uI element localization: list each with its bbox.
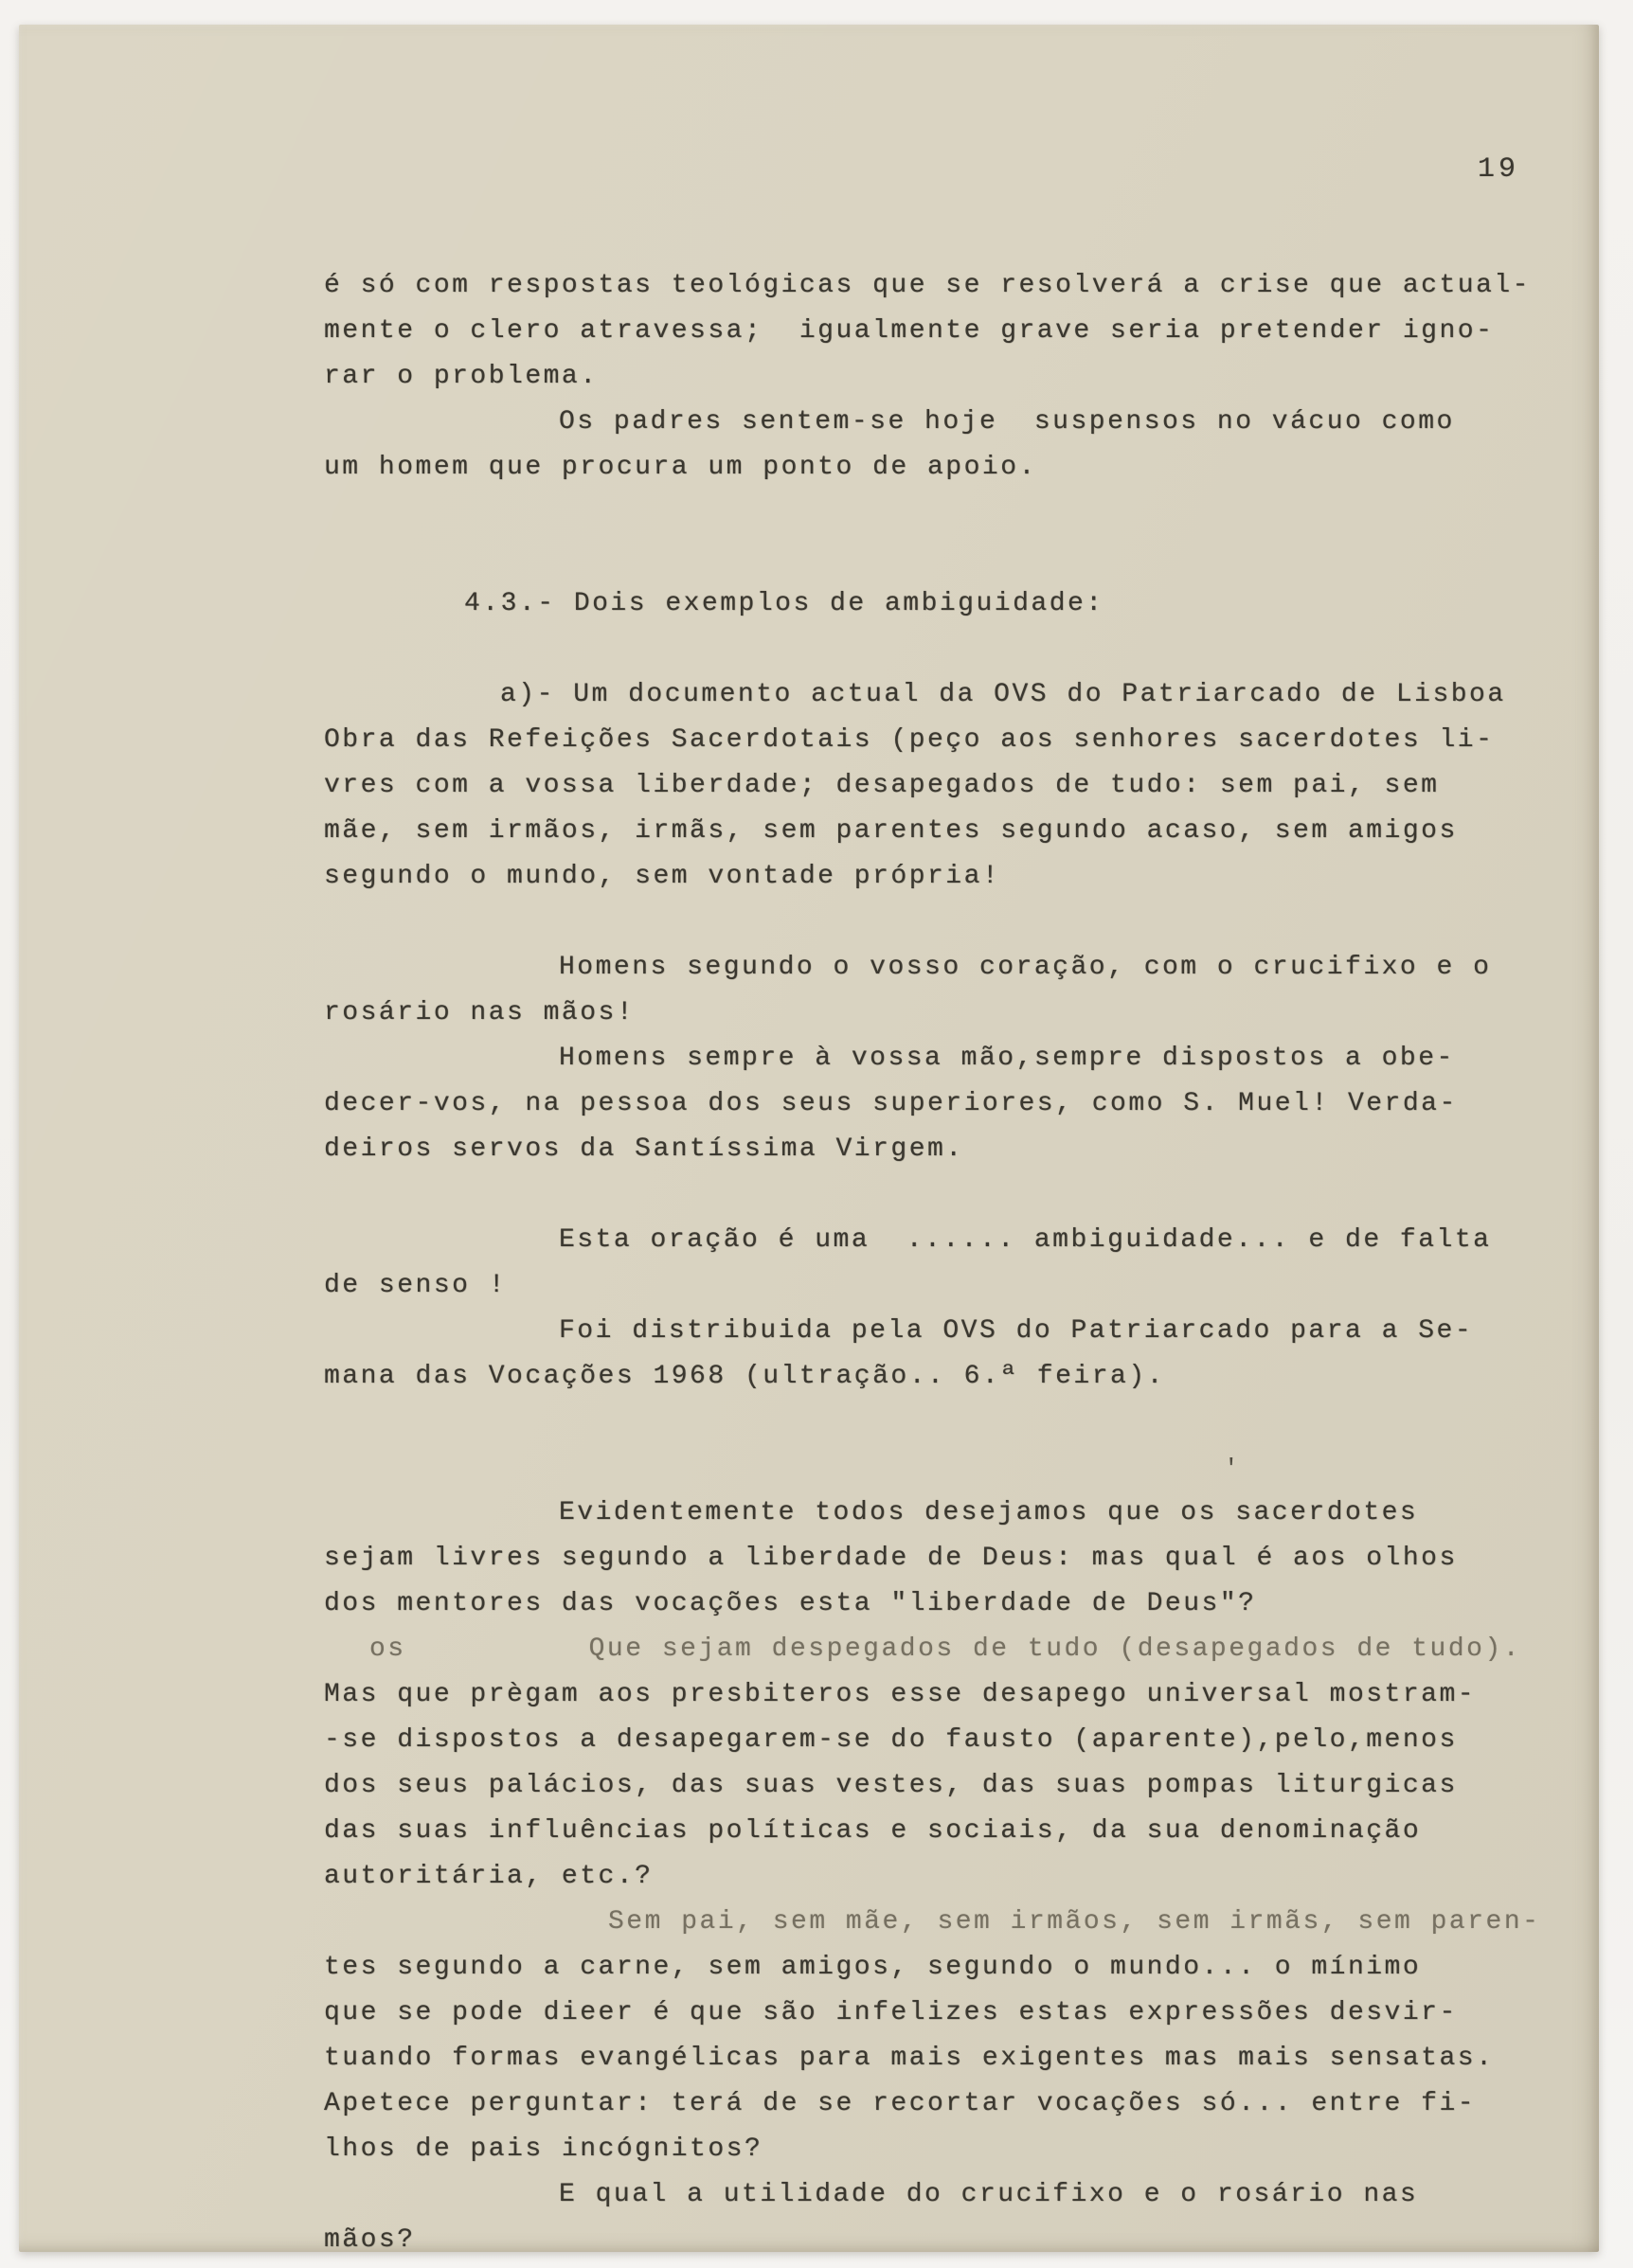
text-line: autoritária, etc.?	[324, 1854, 1584, 1900]
text-line: os Que sejam despegados de tudo (desapeg…	[369, 1627, 1584, 1672]
text-line: sejam livres segundo a liberdade de Deus…	[324, 1536, 1584, 1581]
text-line: Evidentemente todos desejamos que os sac…	[559, 1491, 1584, 1536]
text-line: segundo o mundo, sem vontade própria!	[324, 854, 1584, 900]
text-line: -se dispostos a desapegarem-se do fausto…	[324, 1718, 1584, 1763]
text-line: a)- Um documento actual da OVS do Patria…	[500, 672, 1584, 718]
text-line: de senso !	[324, 1263, 1584, 1309]
text-line: mãe, sem irmãos, irmãs, sem parentes seg…	[324, 809, 1584, 854]
text-line: um homem que procura um ponto de apoio.	[324, 445, 1584, 491]
text-line: 4.3.- Dois exemplos de ambiguidade:	[464, 581, 1584, 627]
text-line: deiros servos da Santíssima Virgem.	[324, 1127, 1584, 1172]
text-line: Esta oração é uma ...... ambiguidade... …	[559, 1218, 1584, 1263]
page-number: 19	[1478, 153, 1519, 186]
text-line: Mas que prègam aos presbiteros esse desa…	[324, 1672, 1584, 1718]
text-line: Homens sempre à vossa mão,sempre dispost…	[559, 1036, 1584, 1081]
text-line: Homens segundo o vosso coração, com o cr…	[559, 945, 1584, 991]
text-line: Sem pai, sem mãe, sem irmãos, sem irmãs,…	[608, 1900, 1584, 1945]
text-line: vres com a vossa liberdade; desapegados …	[324, 763, 1584, 809]
typewritten-text-block: é só com respostas teológicas que se res…	[324, 263, 1584, 2263]
text-line: mãos?	[324, 2218, 1584, 2263]
text-line: dos seus palácios, das suas vestes, das …	[324, 1763, 1584, 1809]
text-line: rar o problema.	[324, 354, 1584, 400]
text-line: é só com respostas teológicas que se res…	[324, 263, 1584, 309]
text-line: Os padres sentem-se hoje suspensos no vá…	[559, 400, 1584, 445]
text-line: rosário nas mãos!	[324, 991, 1584, 1036]
text-line: E qual a utilidade do crucifixo e o rosá…	[559, 2172, 1584, 2218]
text-line: decer-vos, na pessoa dos seus superiores…	[324, 1081, 1584, 1127]
text-line: mana das Vocações 1968 (ultração.. 6.ª f…	[324, 1354, 1584, 1400]
text-line: tuando formas evangélicas para mais exig…	[324, 2036, 1584, 2081]
text-line: Foi distribuida pela OVS do Patriarcado …	[559, 1309, 1584, 1354]
text-line: dos mentores das vocações esta "liberdad…	[324, 1581, 1584, 1627]
document-page: 19 ' é só com respostas teológicas que s…	[19, 25, 1599, 2252]
text-line: lhos de pais incógnitos?	[324, 2127, 1584, 2172]
text-line: das suas influências políticas e sociais…	[324, 1809, 1584, 1854]
text-line: mente o clero atravessa; igualmente grav…	[324, 309, 1584, 354]
text-line: tes segundo a carne, sem amigos, segundo…	[324, 1945, 1584, 1991]
scan-background: 19 ' é só com respostas teológicas que s…	[0, 0, 1633, 2268]
text-line: Obra das Refeições Sacerdotais (peço aos…	[324, 718, 1584, 763]
text-line: Apetece perguntar: terá de se recortar v…	[324, 2081, 1584, 2127]
text-line: que se pode dieer é que são infelizes es…	[324, 1991, 1584, 2036]
